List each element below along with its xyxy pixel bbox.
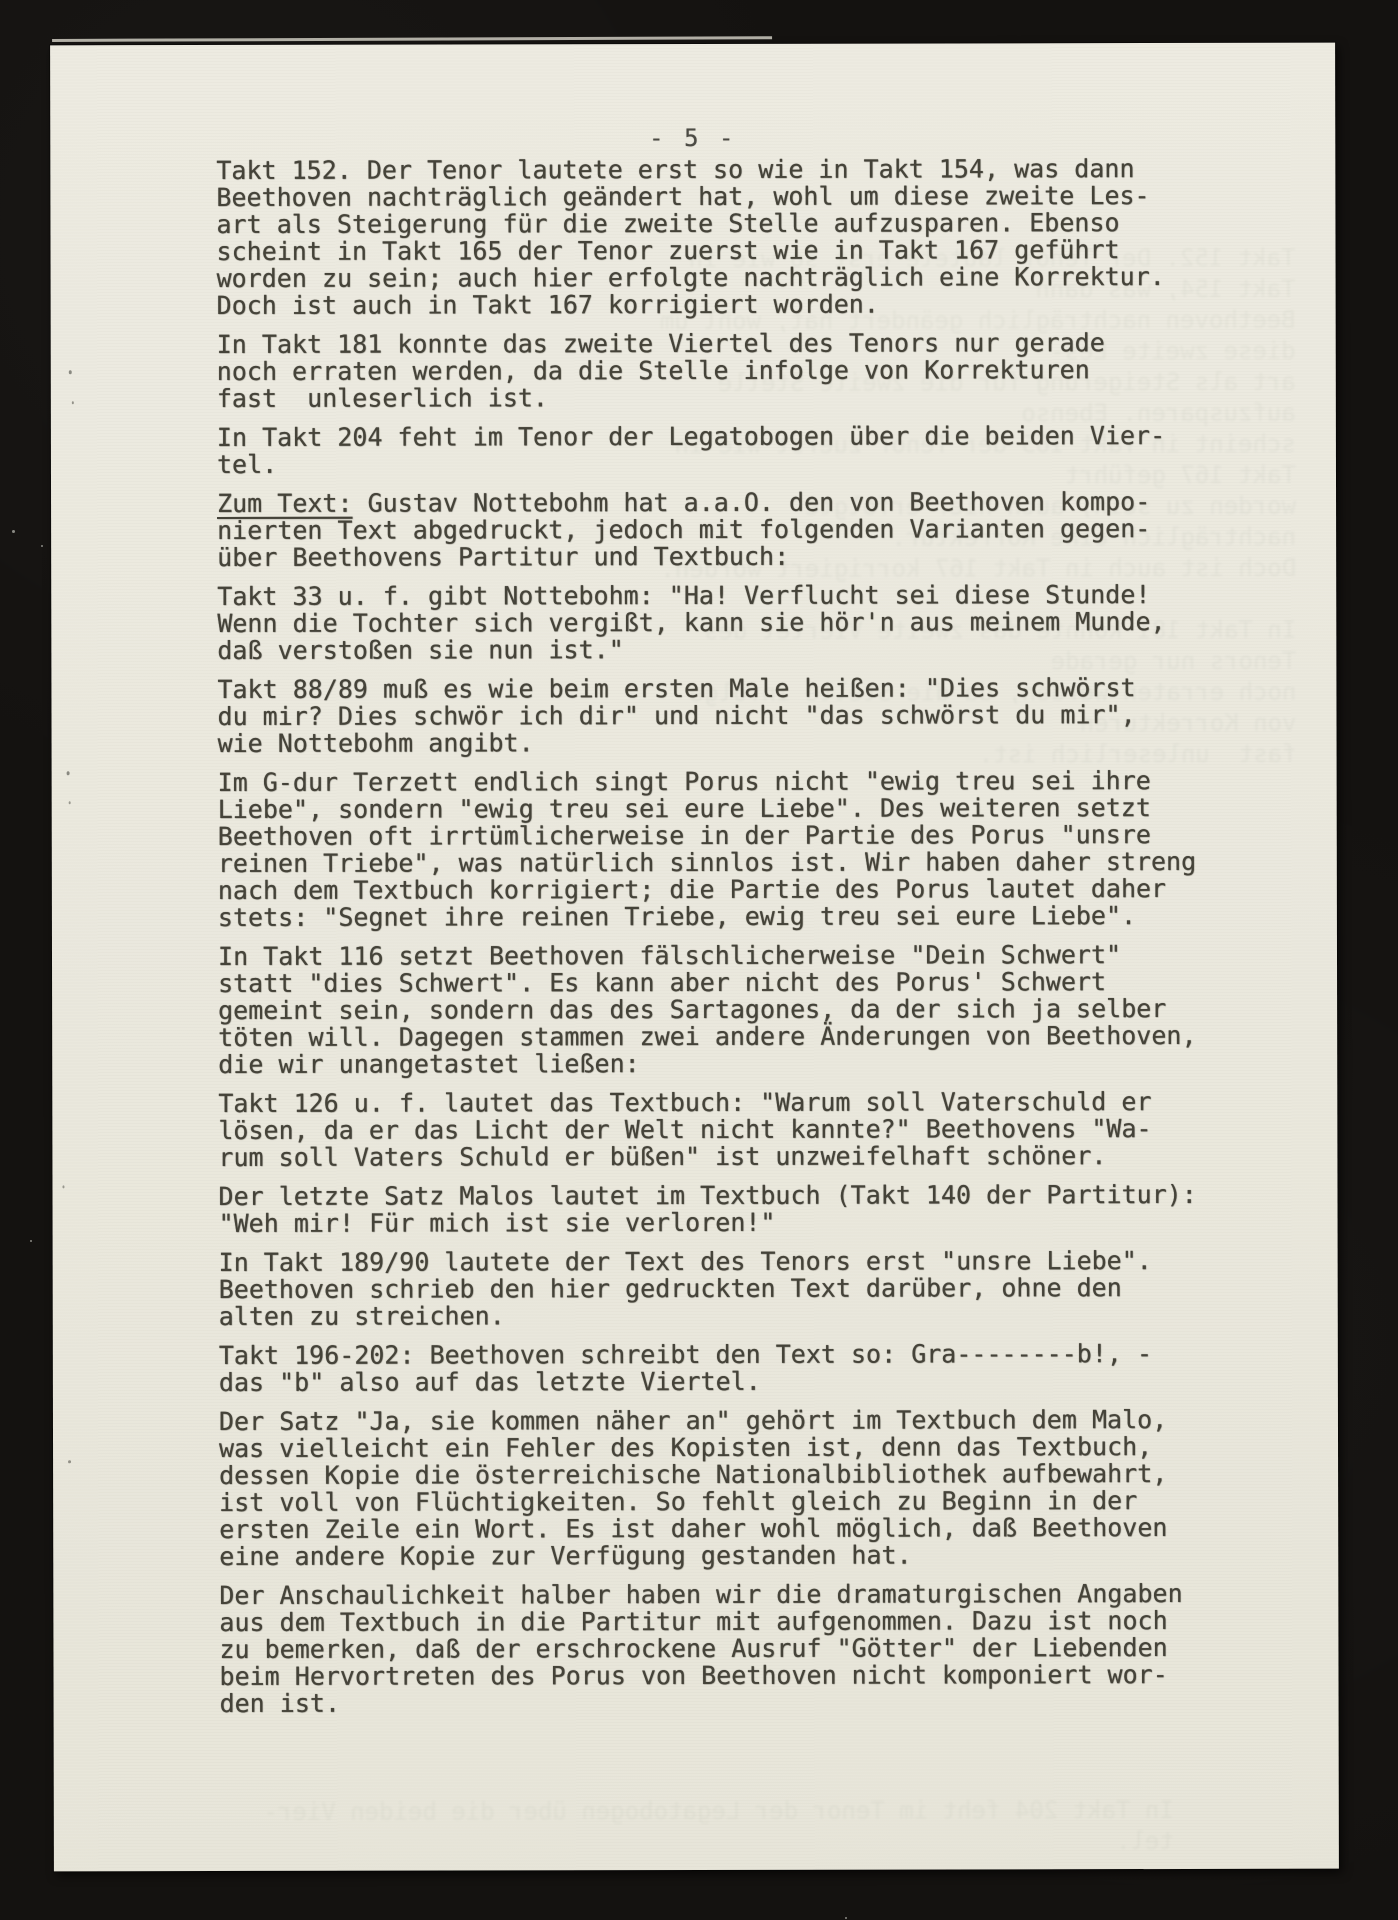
margin-ink-dot — [69, 370, 72, 374]
paragraph-p9: Takt 126 u. f. lautet das Textbuch: "War… — [218, 1088, 1238, 1171]
paragraph-p1: Takt 152. Der Tenor lautete erst so wie … — [216, 155, 1236, 319]
paragraph-p6: Takt 88/89 muß es wie beim ersten Male h… — [217, 674, 1237, 757]
paragraph-p10: Der letzte Satz Malos lautet im Textbuch… — [218, 1181, 1238, 1237]
paragraph-p3: In Takt 204 feht im Tenor der Legatoboge… — [217, 422, 1237, 478]
paragraph-p2: In Takt 181 konnte das zweite Viertel de… — [217, 329, 1237, 412]
paragraph-p4: Zum Text: Gustav Nottebohm hat a.a.O. de… — [217, 488, 1237, 571]
margin-ink-dot — [68, 1460, 71, 1463]
dust-speck — [41, 545, 43, 547]
margin-ink-dot — [72, 401, 74, 404]
paragraph-p13: Der Satz "Ja, sie kommen näher an" gehör… — [219, 1406, 1239, 1570]
dust-speck — [30, 1240, 32, 1242]
bleed-through-ghost-text: In Takt 204 feht im Tenor der Legatoboge… — [194, 1795, 1174, 1857]
typewritten-page: - 5 - Takt 152. Der Tenor lautete erst s… — [50, 43, 1339, 1872]
paragraph-p5: Takt 33 u. f. gibt Nottebohm: "Ha! Verfl… — [217, 581, 1237, 664]
paragraph-p14: Der Anschaulichkeit halber haben wir die… — [219, 1580, 1239, 1717]
stacked-sheet-edge — [52, 36, 772, 42]
dust-speck — [845, 1917, 847, 1919]
margin-ink-dot — [69, 801, 71, 804]
margin-ink-dot — [62, 1185, 64, 1188]
paragraph-p7: Im G-dur Terzett endlich singt Porus nic… — [218, 767, 1238, 931]
paragraph-p12: Takt 196-202: Beethoven schreibt den Tex… — [219, 1340, 1239, 1396]
paragraph-p11: In Takt 189/90 lautete der Text des Teno… — [219, 1247, 1239, 1330]
dust-speck — [12, 530, 15, 533]
margin-ink-dot — [67, 771, 70, 775]
page-number: - 5 - — [50, 123, 1335, 154]
paragraph-p8: In Takt 116 setzt Beethoven fälschlicher… — [218, 941, 1238, 1078]
section-heading: Zum Text: — [217, 489, 353, 518]
scan-background: - 5 - Takt 152. Der Tenor lautete erst s… — [0, 0, 1398, 1920]
document-text: Takt 152. Der Tenor lautete erst so wie … — [216, 155, 1239, 1729]
